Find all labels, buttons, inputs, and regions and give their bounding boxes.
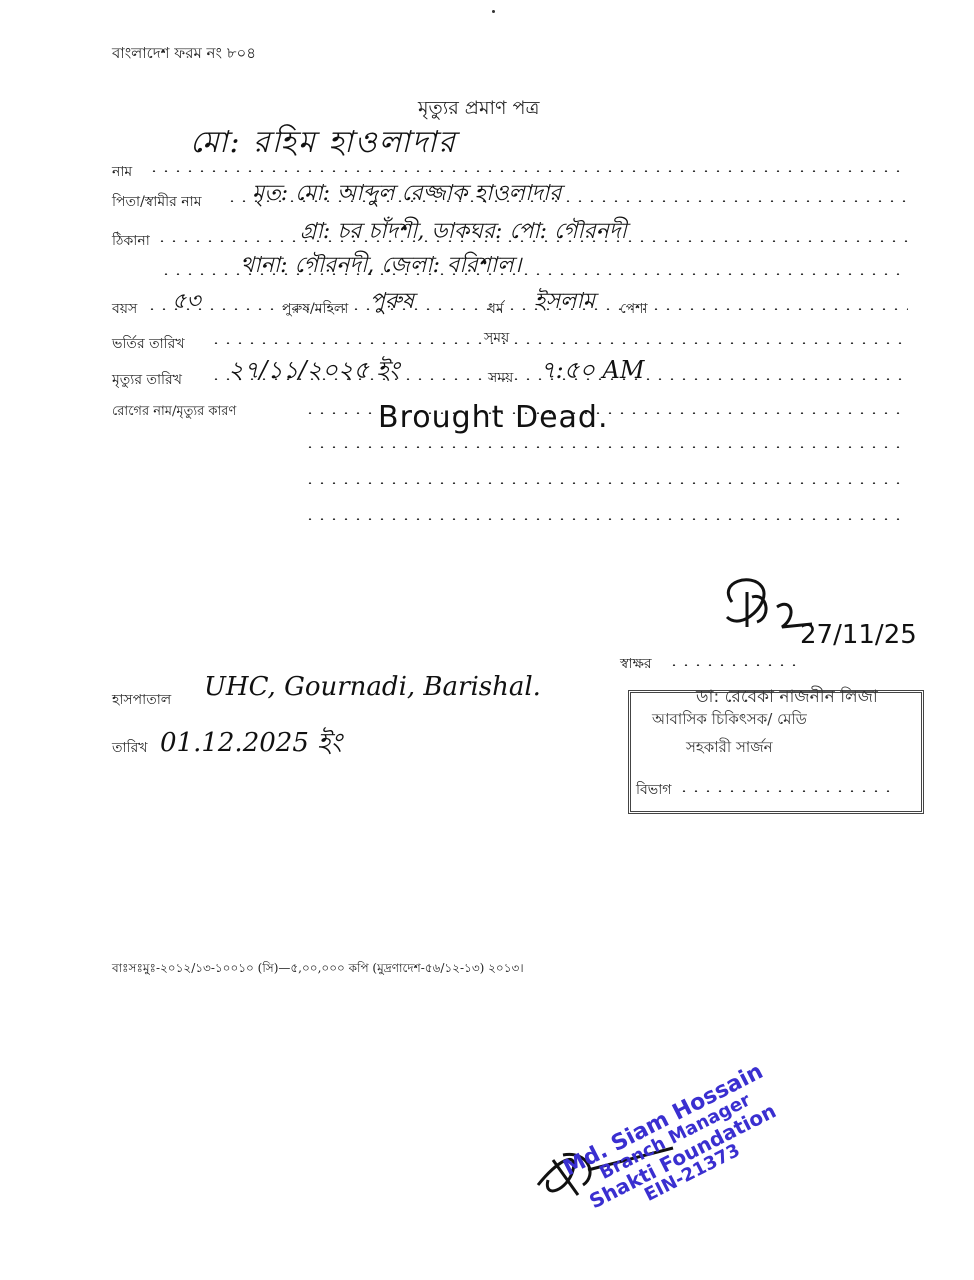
cause-dotted-line-2 xyxy=(304,446,908,448)
print-info: বাঃসঃমুঃ-২০১২/১৩-১০০১০ (সি)—৫,০০,০০০ কপি… xyxy=(112,960,524,980)
death-date-value: ২৭/১১/২০২৫ ইং xyxy=(228,352,399,392)
occupation-label: পেশা xyxy=(620,297,648,321)
religion-value: ইসলাম xyxy=(534,284,595,321)
death-time-label: সময় xyxy=(488,366,513,390)
admission-dotted-line xyxy=(210,342,908,344)
issue-date-label: তারিখ xyxy=(112,736,147,760)
father-husband-value: মৃত: মো: আব্দুল রেজ্জাক হাওলাদার xyxy=(252,176,561,213)
father-husband-label: পিতা/স্বামীর নাম xyxy=(112,190,202,214)
cause-dotted-line-4 xyxy=(304,518,908,520)
sex-label: পুরুষ/মহিলা xyxy=(282,297,348,321)
stamp-line-3: সহকারী সার্জন xyxy=(686,736,773,761)
signature-dotted-line xyxy=(668,664,800,666)
cause-label: রোগের নাম/মৃত্যুর কারণ xyxy=(112,402,236,423)
cause-value: Brought Dead. xyxy=(378,400,609,435)
admission-date-label: ভর্তির তারিখ xyxy=(112,332,185,356)
age-value: ৫৩ xyxy=(172,284,201,321)
name-dotted-line xyxy=(148,170,908,172)
speck xyxy=(492,10,495,13)
age-label: বয়স xyxy=(112,297,137,321)
age-row-dotted-line xyxy=(146,308,908,310)
signature-label: স্বাক্ষর xyxy=(620,652,652,676)
department-label: বিভাগ xyxy=(636,778,671,802)
name-label: নাম xyxy=(112,160,132,184)
hospital-value: UHC, Gournadi, Barishal. xyxy=(204,672,541,702)
death-date-label: মৃত্যুর তারিখ xyxy=(112,368,182,392)
hospital-label: হাসপাতাল xyxy=(112,688,171,712)
stamp-line-2: আবাসিক চিকিৎসক/ মেডি xyxy=(652,708,807,733)
cause-dotted-line-3 xyxy=(304,482,908,484)
department-dotted-line xyxy=(678,790,898,792)
address-line-1: গ্রা: চর চাঁদশী, ডাকঘর: পো: গৌরনদী xyxy=(300,214,627,251)
address-label: ঠিকানা xyxy=(112,229,150,253)
signature-date: 27/11/25 xyxy=(800,620,917,650)
address-line-2: থানা: গৌরনদী, জেলা: বরিশাল। xyxy=(240,248,521,285)
religion-label: ধর্ম xyxy=(488,297,504,321)
issue-date-value: 01.12.2025 ইং xyxy=(160,722,342,766)
name-value: মো: রহিম হাওলাদার xyxy=(190,118,457,169)
death-time-value: ৭:৫০ AM xyxy=(540,352,644,392)
sex-value: পুরুষ xyxy=(370,284,414,321)
form-number: বাংলাদেশ ফরম নং ৮০৪ xyxy=(112,42,256,67)
admission-time-label: সময় xyxy=(484,326,509,350)
